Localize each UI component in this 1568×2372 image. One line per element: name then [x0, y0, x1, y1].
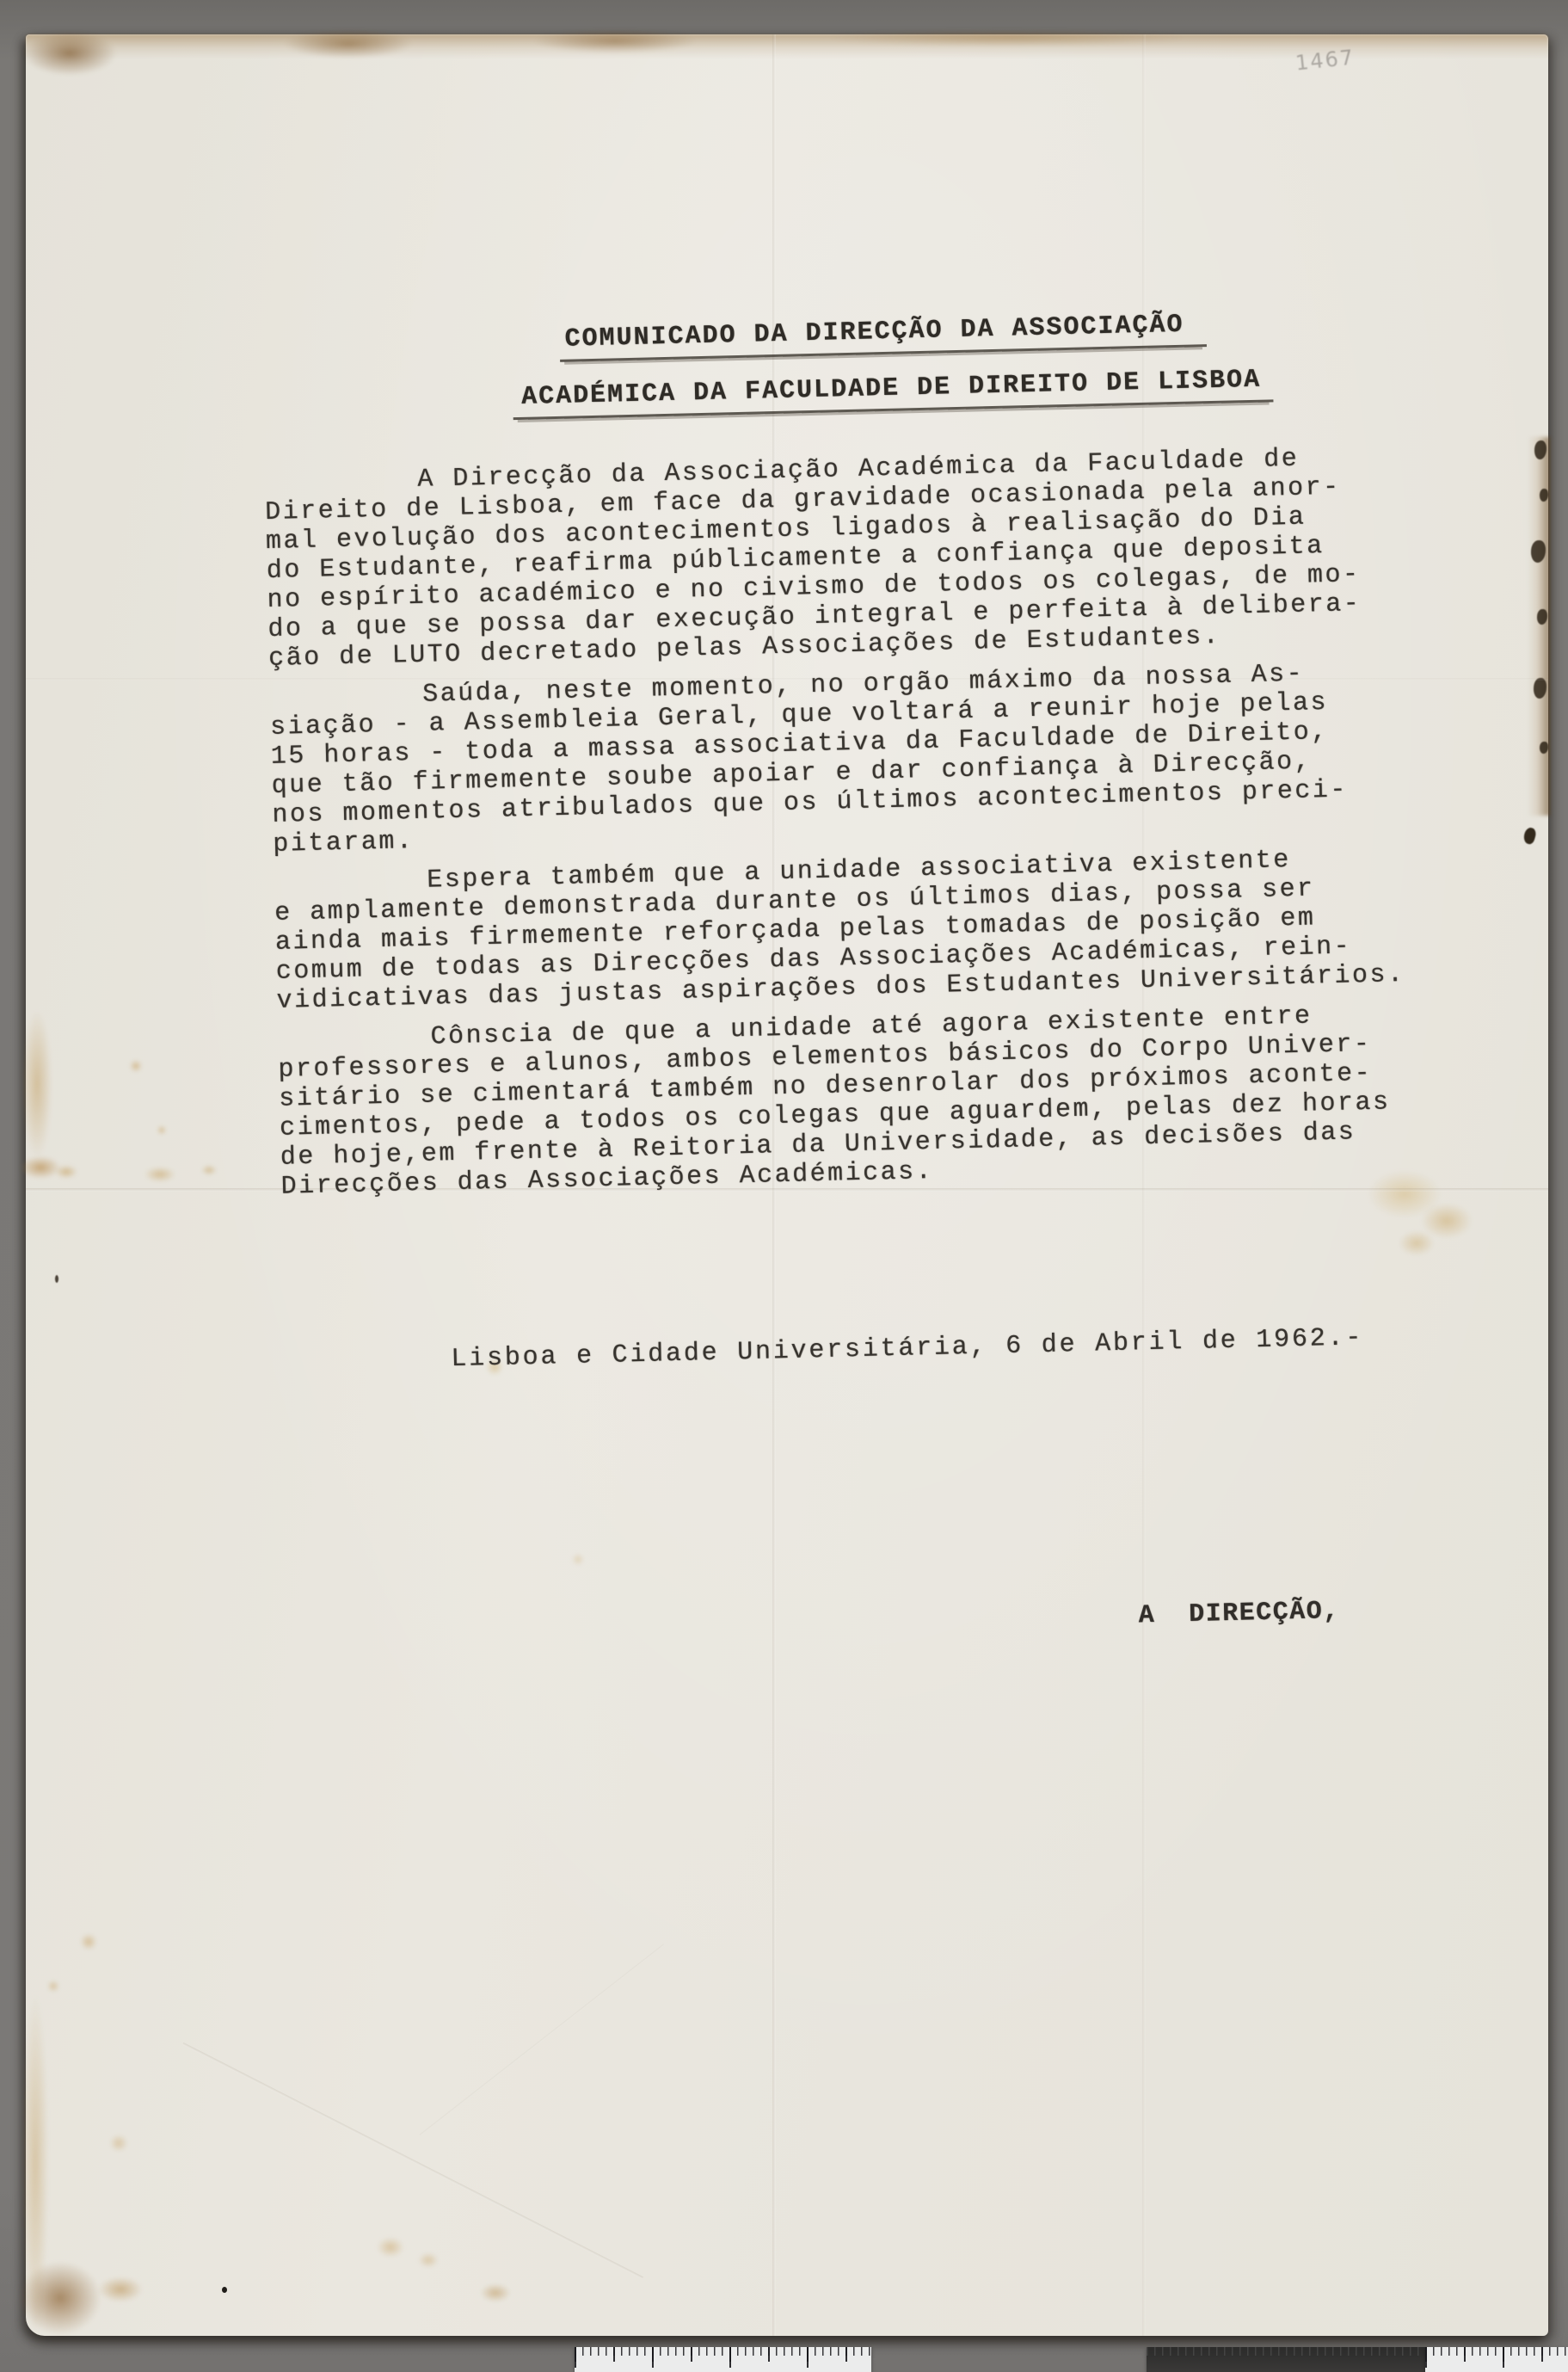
date-line: Lisboa e Cidade Universitária, 6 de Abri…	[451, 1323, 1363, 1374]
paragraph-3: Espera também que a unidade associativa …	[274, 843, 1395, 1016]
paragraph-1: A Direcção da Associação Académica da Fa…	[264, 442, 1387, 674]
foxing-spot	[46, 1981, 60, 1992]
photo-backdrop: 1467 COMUNICADO DA DIRECÇÃO DA ASSOCIAÇÃ…	[0, 0, 1568, 2372]
title-text: ACADÉMICA DA FACULDADE DE DIREITO DE LIS…	[513, 365, 1274, 420]
typed-text-layer: COMUNICADO DA DIRECÇÃO DA ASSOCIAÇÃO ACA…	[15, 4, 1568, 2341]
paragraph-2: Saúda, neste momento, no orgão máximo da…	[269, 657, 1391, 859]
document-title-line-2: ACADÉMICA DA FACULDADE DE DIREITO DE LIS…	[374, 336, 1274, 453]
document-page: 1467 COMUNICADO DA DIRECÇÃO DA ASSOCIAÇÃ…	[26, 34, 1548, 2336]
photographic-scale-bar	[0, 2347, 1568, 2372]
scale-bar-black-segment	[1147, 2347, 1425, 2372]
scale-bar-white-ruler-segment	[1425, 2347, 1568, 2372]
stain	[22, 1996, 48, 2332]
paragraph-4: Cônscia de que a unidade até agora exist…	[277, 1000, 1399, 1202]
scale-bar-white-ruler-segment	[575, 2347, 871, 2372]
signature-line: A DIRECÇÃO,	[1138, 1597, 1340, 1631]
document-body: A Direcção da Associação Académica da Fa…	[264, 442, 1399, 1211]
